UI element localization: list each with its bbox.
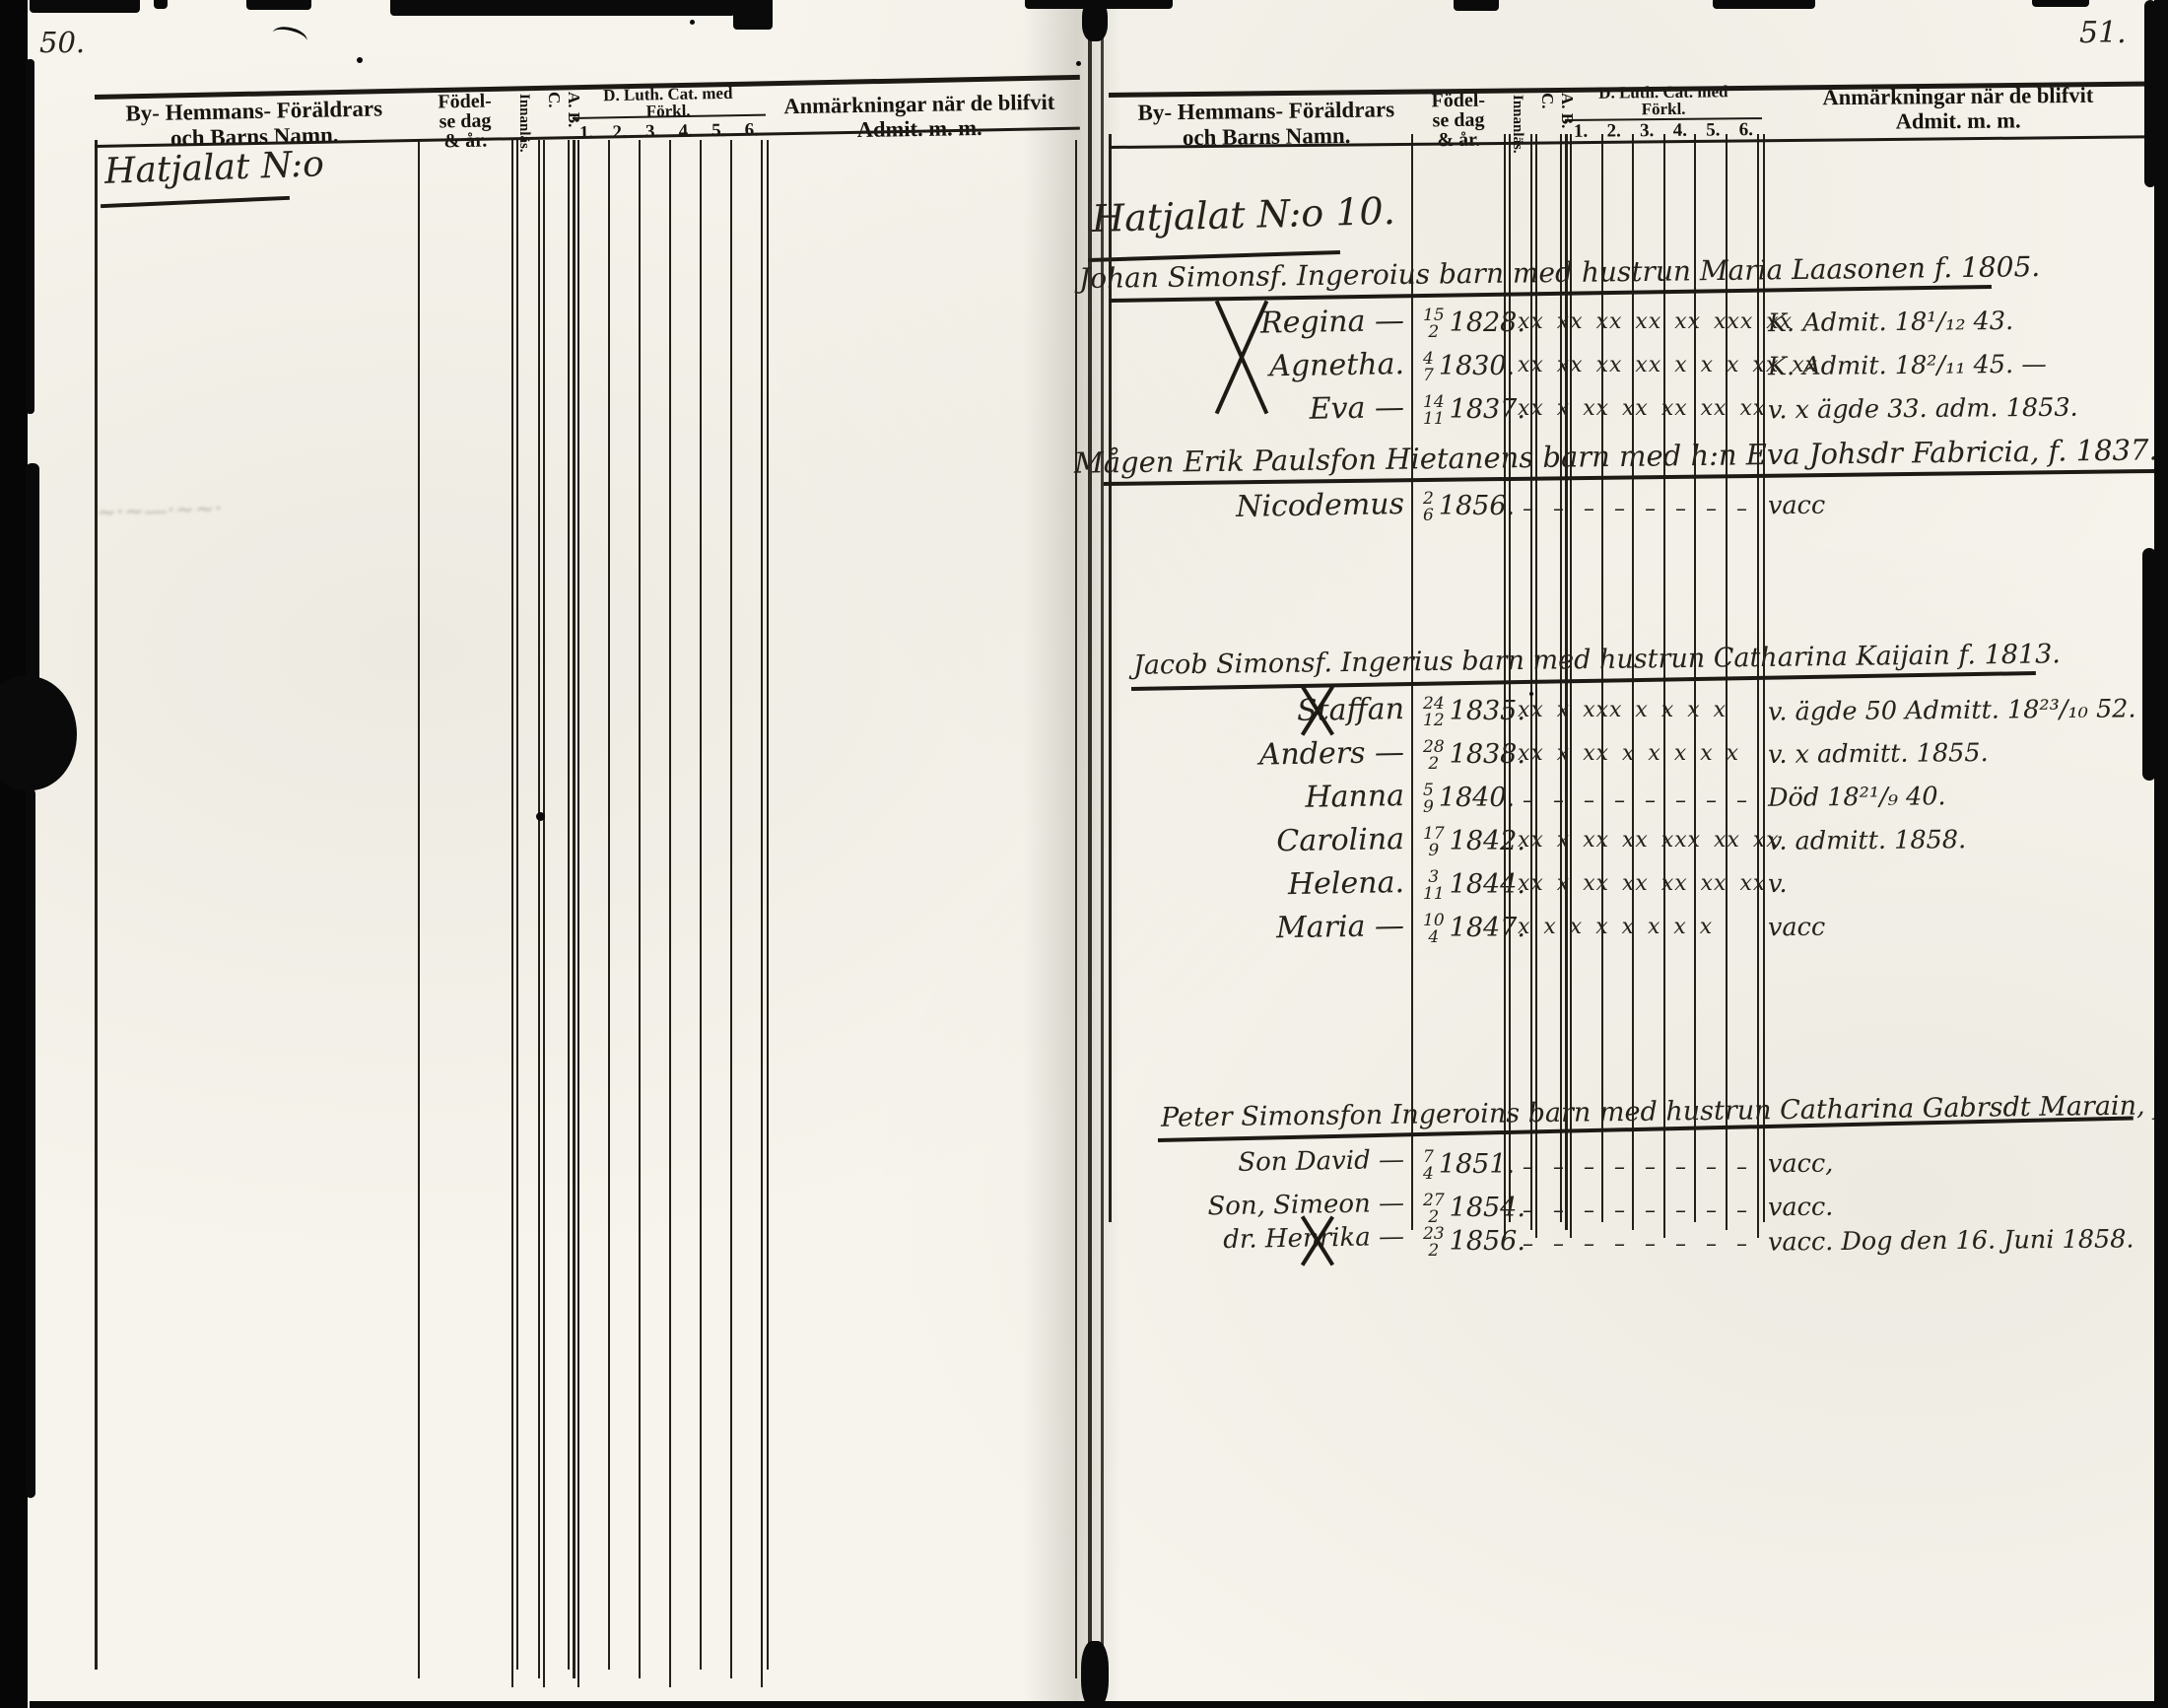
column-rule <box>1509 134 1511 1222</box>
attendance-marks: xx x xxx x x x x <box>1518 698 1764 722</box>
left-header-birth-column: Födel- se dag & år. <box>419 91 510 152</box>
birth-day-month: 311 <box>1423 869 1445 901</box>
book-fold-smudge <box>1081 1641 1109 1708</box>
birth-day-month: 179 <box>1423 826 1445 857</box>
column-rule <box>761 140 763 1687</box>
left-header-birth-line1: Födel- <box>419 91 509 112</box>
scan-edge-strip <box>1454 0 1499 11</box>
cat-subcolumn-number: 3. <box>645 121 660 143</box>
cat-subcolumn-number: 2. <box>612 122 627 144</box>
birth-day-month: 74 <box>1423 1149 1434 1181</box>
attendance-marks: xx xx xx xx x x x xx xx <box>1518 353 1764 377</box>
birth-day-month: 47 <box>1423 351 1434 382</box>
birth-year: 1856. <box>1450 1226 1525 1257</box>
right-header-remarks-line2: Admit. m. m. <box>1774 107 2142 135</box>
column-rule <box>1535 134 1537 1238</box>
column-rule <box>700 140 702 1670</box>
right-village-heading: Hatjalat N:o 10. <box>1091 189 1395 240</box>
child-name: Son David — <box>1168 1145 1404 1179</box>
child-name: Agnetha. <box>1183 347 1405 385</box>
remark-note: vacc. Dog den 16. Juni 1858. <box>1768 1224 2134 1257</box>
column-rule <box>1726 134 1728 1230</box>
scan-edge-strip <box>1025 0 1173 9</box>
page-number-left: 50. <box>39 26 85 59</box>
child-name: Anders — <box>1183 735 1405 774</box>
birth-year: 1830. <box>1439 351 1515 381</box>
ink-dot <box>357 57 363 63</box>
remark-note: K. Admit. 18¹/₁₂ 43. <box>1768 307 2013 338</box>
remark-note: vacc <box>1768 491 1825 521</box>
remark-note: v. <box>1768 869 1788 899</box>
remark-note: K. Admit. 18²/₁₁ 45. — <box>1768 350 2047 381</box>
birth-year: 1835. <box>1450 696 1525 726</box>
column-rule <box>543 140 545 1687</box>
birth-day-month: 1411 <box>1423 394 1445 426</box>
book-fold-line <box>1088 0 1092 1708</box>
birth-year: 1842. <box>1450 826 1525 856</box>
column-rule <box>511 140 513 1687</box>
remark-note: vacc <box>1768 913 1825 943</box>
scan-edge-strip <box>30 0 140 13</box>
column-rule <box>538 140 540 1678</box>
child-name: dr. Henrika — <box>1168 1222 1404 1256</box>
birth-day-month: 59 <box>1423 783 1434 814</box>
birth-year: 1854. <box>1450 1193 1525 1223</box>
column-rule <box>95 140 98 1670</box>
cat-subcolumn-number: 4. <box>678 121 693 143</box>
right-header-cat-line2: Förkl. <box>1567 101 1760 119</box>
birth-year: 1840. <box>1439 783 1515 813</box>
child-name: Maria — <box>1183 909 1405 947</box>
birth-year: 1844. <box>1450 869 1525 900</box>
scan-edge-strip <box>246 0 311 10</box>
child-name: Helena. <box>1183 865 1405 904</box>
birth-year: 1847. <box>1450 913 1525 943</box>
attendance-marks: xx x xx xx xx xx xx <box>1518 871 1764 896</box>
ink-dot <box>1076 61 1081 66</box>
column-rule <box>767 140 769 1670</box>
column-rule <box>1560 134 1562 1222</box>
attendance-marks: xx xx xx xx xx xxx xx <box>1518 309 1764 334</box>
left-header-remarks-column: Anmärkningar när de blifvit Admit. m. m. <box>769 89 1071 143</box>
child-name: Hanna <box>1183 779 1405 817</box>
scan-edge-strip <box>733 0 773 30</box>
cat-subcolumn-number: 5. <box>711 120 726 142</box>
remark-note: v. ägde 50 Admitt. 18²³/₁₀ 52. <box>1768 694 2136 726</box>
birth-day-month: 282 <box>1423 739 1445 771</box>
column-rule <box>573 140 576 1678</box>
right-header-remarks-column: Anmärkningar när de blifvit Admit. m. m. <box>1774 82 2142 135</box>
child-name: Carolina <box>1183 822 1405 860</box>
attendance-marks: xx x xx xx xxx xx xx <box>1518 828 1764 853</box>
remark-note: Död 18²¹/₉ 40. <box>1768 782 1946 813</box>
cat-subcolumn-number: 2. <box>1606 120 1620 142</box>
column-rule <box>516 140 518 1670</box>
scan-edge-strip <box>1713 0 1815 9</box>
attendance-dashes: – – – – – – – – <box>1523 497 1764 521</box>
pencil-smudge: ~·~—·~~· <box>97 495 223 526</box>
birth-year: 1856. <box>1439 491 1515 521</box>
column-rule <box>1504 134 1506 1238</box>
birth-year: 1838. <box>1450 739 1525 770</box>
child-name: Staffan <box>1183 692 1405 730</box>
child-name: Son, Simeon — <box>1168 1189 1404 1222</box>
column-rule <box>1109 134 1112 1222</box>
birth-year: 1837. <box>1450 394 1525 425</box>
book-fold-line <box>1101 0 1104 1708</box>
right-header-birth-line3: & år. <box>1413 129 1504 150</box>
birth-day-month: 152 <box>1423 307 1445 339</box>
cat-subcolumn-number: 1. <box>1574 121 1588 143</box>
ink-dot <box>536 812 545 821</box>
page-number-right: 51. <box>2079 16 2127 50</box>
cat-subcolumn-number: 1. <box>579 122 594 144</box>
attendance-dashes: – – – – – – – – <box>1523 788 1764 813</box>
cat-subcolumn-number: 6. <box>745 119 760 141</box>
attendance-dashes: – – – – – – – – <box>1523 1232 1764 1257</box>
attendance-dashes: – – – – – – – – <box>1523 1198 1764 1223</box>
column-rule <box>418 140 420 1678</box>
column-rule <box>639 140 641 1678</box>
remark-note: v. x admitt. 1855. <box>1768 738 1989 770</box>
ink-dot <box>690 20 695 25</box>
left-header-birth-line2: se dag <box>420 110 510 132</box>
cat-subcolumn-number: 6. <box>1739 119 1753 141</box>
birth-year: 1851. <box>1439 1149 1515 1180</box>
birth-day-month: 272 <box>1423 1193 1445 1224</box>
remark-note: vacc. <box>1768 1193 1834 1223</box>
scan-edge-band <box>26 788 35 1498</box>
birth-year: 1828. <box>1450 307 1525 338</box>
scanned-parish-register-spread: 50. 51. By- Hemmans- Föräldrars och Barn… <box>0 0 2168 1708</box>
column-rule <box>1570 134 1572 1238</box>
scan-edge-band <box>2144 0 2156 187</box>
birth-day-month: 26 <box>1423 491 1434 522</box>
column-rule <box>730 140 732 1678</box>
right-header-birth-line2: se dag <box>1413 109 1504 130</box>
column-rule <box>568 140 570 1670</box>
birth-day-month: 232 <box>1423 1226 1445 1258</box>
scan-edge-strip <box>30 1701 2154 1708</box>
left-header-remarks-line1: Anmärkningar när de blifvit <box>769 89 1070 118</box>
column-rule <box>577 140 579 1687</box>
attendance-marks: x x x x x x x x <box>1518 915 1764 939</box>
cat-subcolumn-number: 3. <box>1640 120 1654 142</box>
left-village-heading: Hatjalat N:o <box>103 144 324 192</box>
child-name: Nicodemus <box>1183 487 1405 525</box>
ink-dot <box>1529 692 1533 696</box>
scan-edge-band <box>2142 548 2156 781</box>
scan-edge-strip <box>390 0 735 16</box>
birth-day-month: 104 <box>1423 913 1445 944</box>
remark-note: v. x ägde 33. adm. 1853. <box>1768 393 2078 426</box>
scan-edge-band <box>2154 0 2168 1708</box>
scan-edge-strip <box>2032 0 2089 7</box>
child-name: Regina — <box>1183 304 1405 342</box>
column-rule <box>1075 140 1077 1678</box>
cat-subcolumn-number: 4. <box>1673 120 1687 142</box>
attendance-dashes: – – – – – – – – <box>1523 1155 1764 1180</box>
right-header-name-line1: By- Hemmans- Föräldrars <box>1125 97 1407 125</box>
cat-subcolumn-number: 5. <box>1706 119 1720 141</box>
column-rule <box>608 140 610 1670</box>
attendance-marks: xx x xx xx xx xx xx <box>1518 396 1764 421</box>
column-rule <box>1757 134 1759 1238</box>
scan-edge-band <box>26 59 34 414</box>
scan-edge-strip <box>154 0 168 9</box>
column-rule <box>1663 134 1665 1238</box>
right-header-innanlas-column: Innanläs. <box>1509 95 1525 148</box>
column-rule <box>669 140 671 1687</box>
remark-note: v. admitt. 1858. <box>1768 825 1966 856</box>
column-rule <box>1632 134 1634 1230</box>
attendance-marks: xx x xx x x x x x <box>1518 741 1764 766</box>
center-fold-shadow <box>1023 0 1121 1708</box>
birth-day-month: 2412 <box>1423 696 1445 727</box>
remark-note: vacc, <box>1768 1149 1834 1180</box>
